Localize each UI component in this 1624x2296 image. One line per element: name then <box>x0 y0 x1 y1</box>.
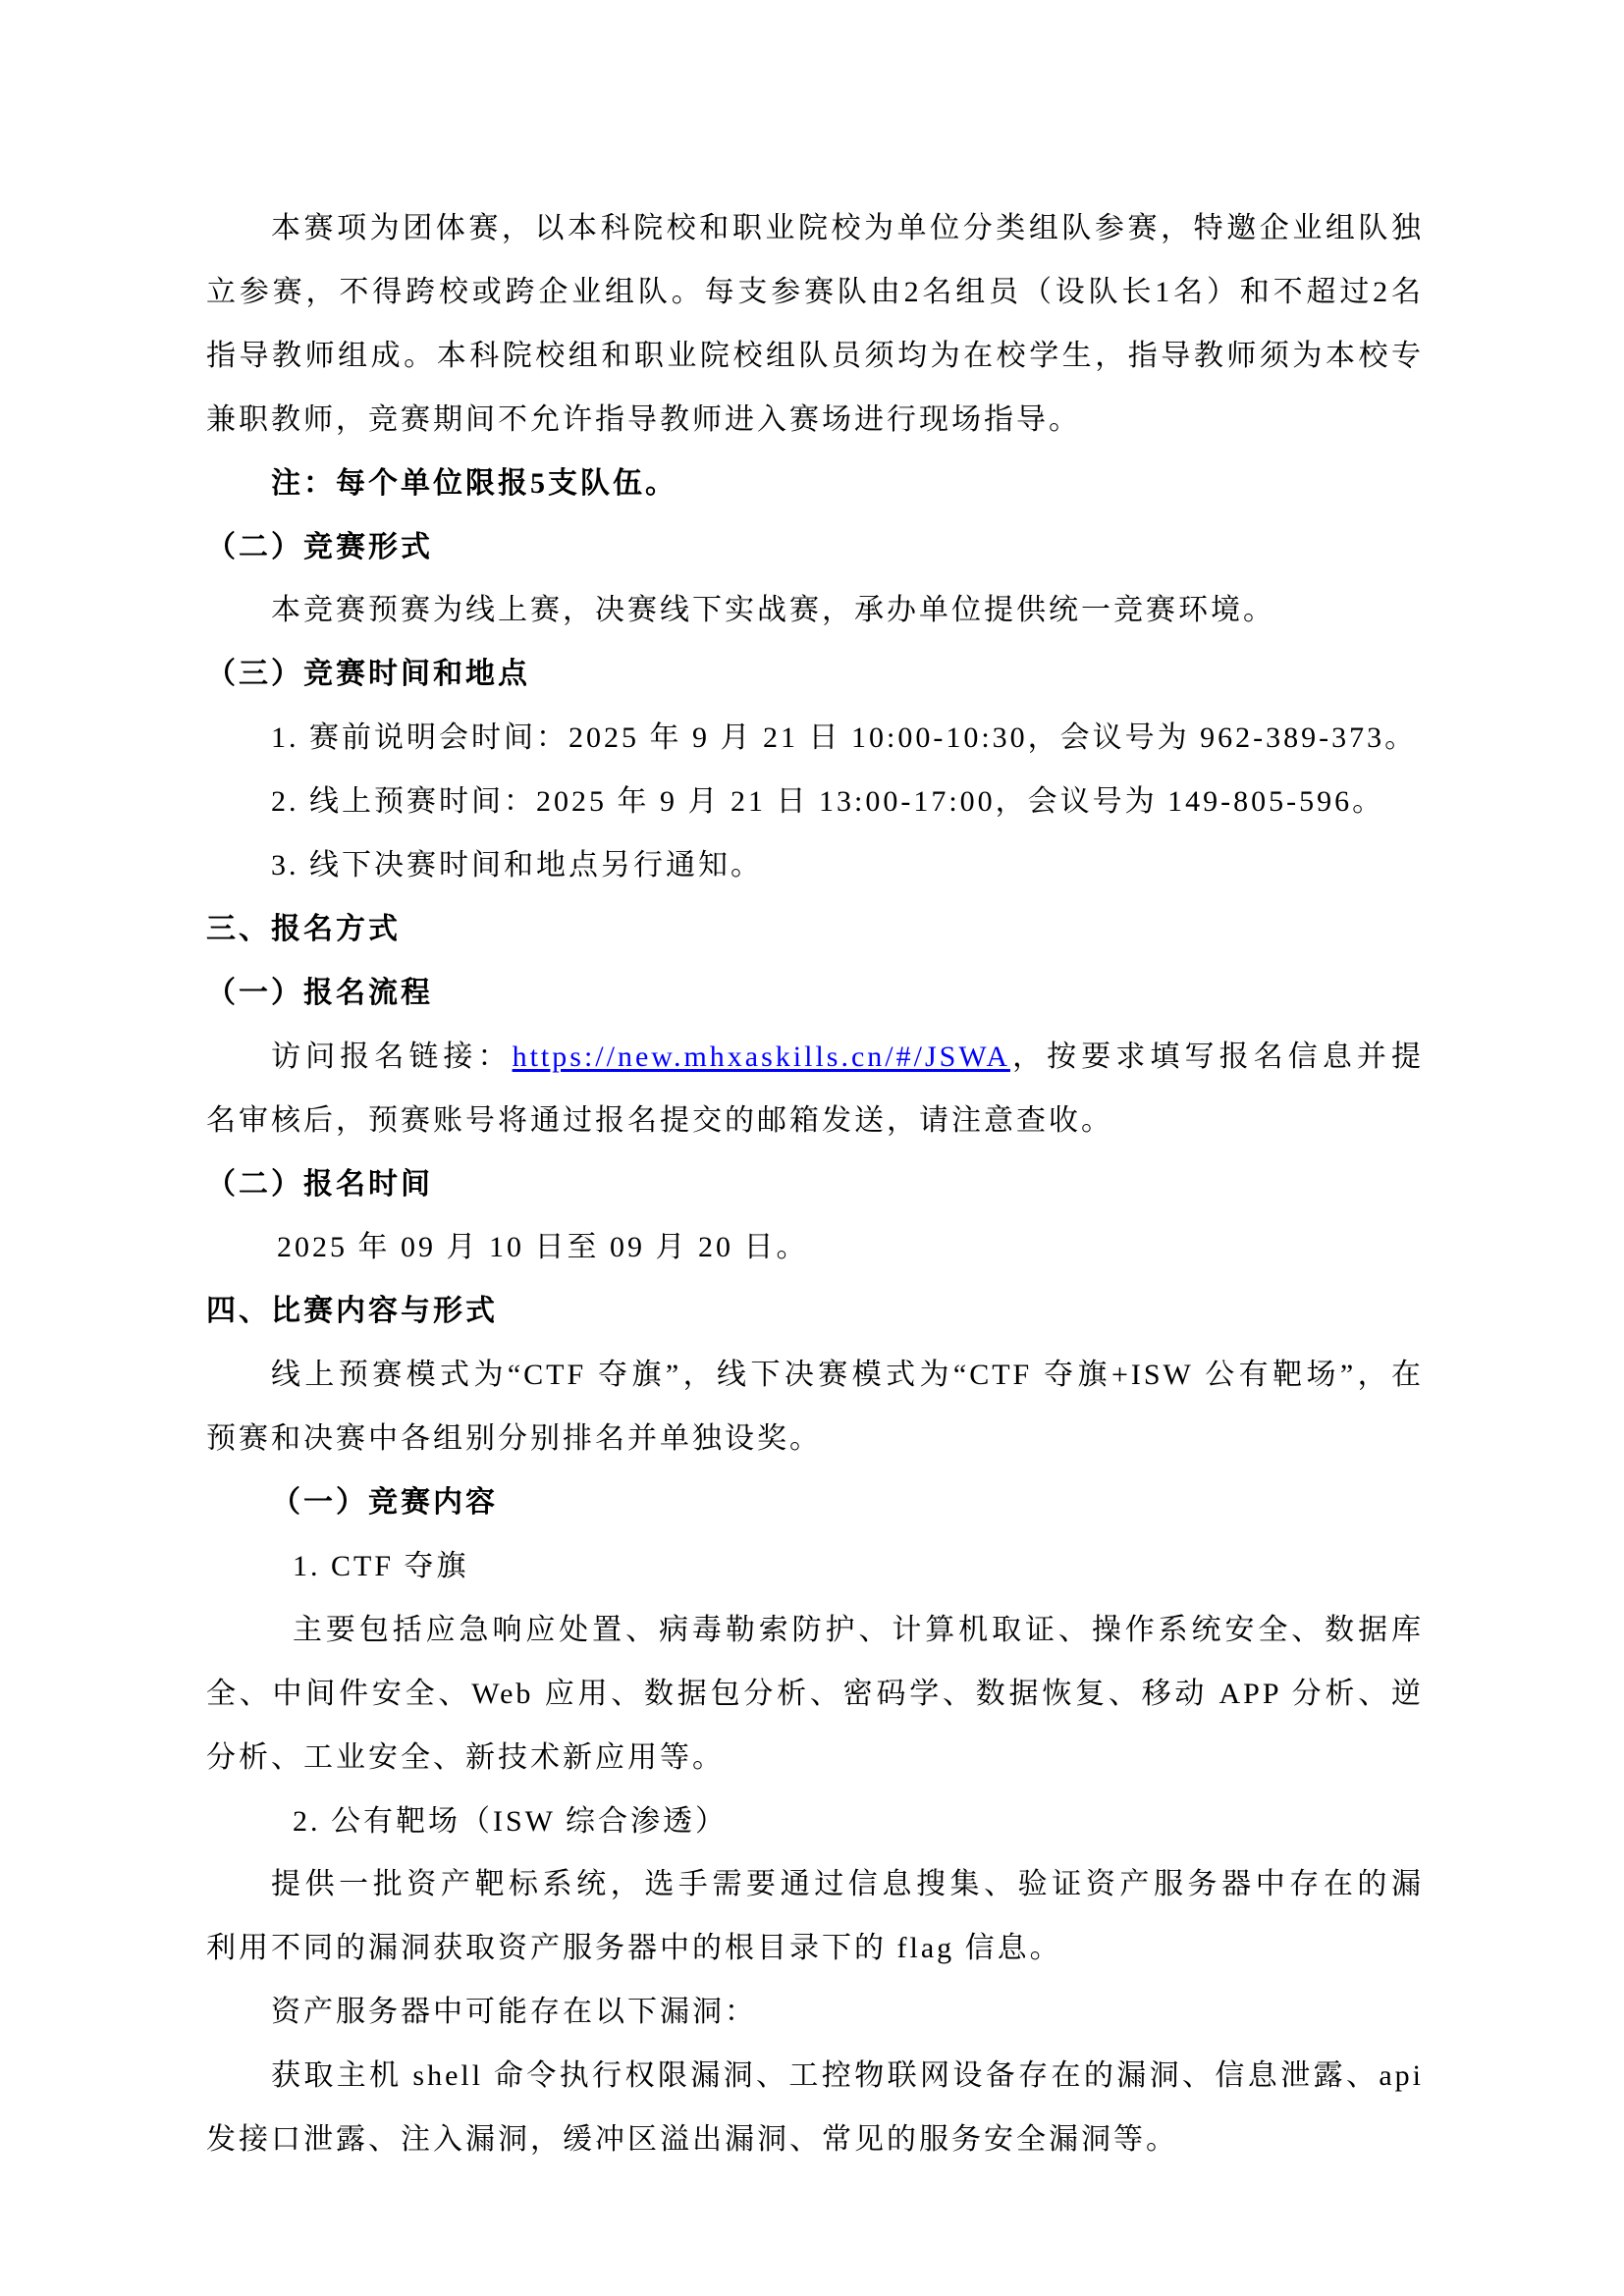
text-line: 主要包括应急响应处置、病毒勒索防护、计算机取证、操作系统安全、数据库安 <box>293 1599 1424 1662</box>
heading-line: （三）竞赛时间和地点 <box>206 643 530 706</box>
text-line: 预赛和决赛中各组别分别排名并单独设奖。 <box>206 1408 822 1470</box>
text-line: 本赛项为团体赛，以本科院校和职业院校为单位分类组队参赛，特邀企业组队独 <box>271 197 1424 260</box>
text-line: 线上预赛模式为“CTF 夺旗”，线下决赛模式为“CTF 夺旗+ISW 公有靶场”… <box>271 1344 1424 1407</box>
heading-line: 注：每个单位限报5支队伍。 <box>271 453 677 515</box>
text-line: 2. 线上预赛时间：2025 年 9 月 21 日 13:00-17:00，会议… <box>271 771 1384 833</box>
text-before-link: 访问报名链接： <box>271 1041 513 1073</box>
text-line: 本竞赛预赛为线上赛，决赛线下实战赛，承办单位提供统一竞赛环境。 <box>271 579 1275 642</box>
text-line: 利用不同的漏洞获取资产服务器中的根目录下的 flag 信息。 <box>206 1917 1062 1980</box>
text-line: 1. CTF 夺旗 <box>293 1535 469 1598</box>
text-line: 获取主机 shell 命令执行权限漏洞、工控物联网设备存在的漏洞、信息泄露、ap… <box>271 2045 1424 2108</box>
heading-line: （二）报名时间 <box>206 1153 433 1216</box>
text-line: 3. 线下决赛时间和地点另行通知。 <box>271 834 763 897</box>
text-line: 名审核后，预赛账号将通过报名提交的邮箱发送，请注意查收。 <box>206 1090 1113 1152</box>
text-line: 访问报名链接：https://new.mhxaskills.cn/#/JSWA，… <box>271 1026 1424 1089</box>
text-line: 资产服务器中可能存在以下漏洞： <box>271 1981 757 2044</box>
heading-line: 三、报名方式 <box>206 898 401 961</box>
text-line: 提供一批资产靶标系统，选手需要通过信息搜集、验证资产服务器中存在的漏洞， <box>271 1853 1424 1916</box>
text-line: 立参赛，不得跨校或跨企业组队。每支参赛队由2名组员（设队长1名）和不超过2名 <box>206 261 1424 324</box>
heading-line: 四、比赛内容与形式 <box>206 1280 498 1343</box>
text-line: 发接口泄露、注入漏洞，缓冲区溢出漏洞、常见的服务安全漏洞等。 <box>206 2109 1178 2171</box>
document-page: 本赛项为团体赛，以本科院校和职业院校为单位分类组队参赛，特邀企业组队独立参赛，不… <box>0 0 1624 2296</box>
text-line: 兼职教师，竞赛期间不允许指导教师进入赛场进行现场指导。 <box>206 389 1081 452</box>
registration-link[interactable]: https://new.mhxaskills.cn/#/JSWA <box>513 1041 1010 1073</box>
heading-line: （一）报名流程 <box>206 962 433 1025</box>
text-line: 分析、工业安全、新技术新应用等。 <box>206 1727 725 1789</box>
text-line: 指导教师组成。本科院校组和职业院校组队员须均为在校学生，指导教师须为本校专 <box>206 325 1424 388</box>
text-line: 2. 公有靶场（ISW 综合渗透） <box>293 1790 728 1853</box>
heading-line: （一）竞赛内容 <box>271 1471 498 1534</box>
text-line: 全、中间件安全、Web 应用、数据包分析、密码学、数据恢复、移动 APP 分析、… <box>206 1663 1424 1726</box>
heading-line: （二）竞赛形式 <box>206 516 433 579</box>
text-line: 2025 年 09 月 10 日至 09 月 20 日。 <box>277 1216 809 1279</box>
text-line: 1. 赛前说明会时间：2025 年 9 月 21 日 10:00-10:30，会… <box>271 707 1417 770</box>
